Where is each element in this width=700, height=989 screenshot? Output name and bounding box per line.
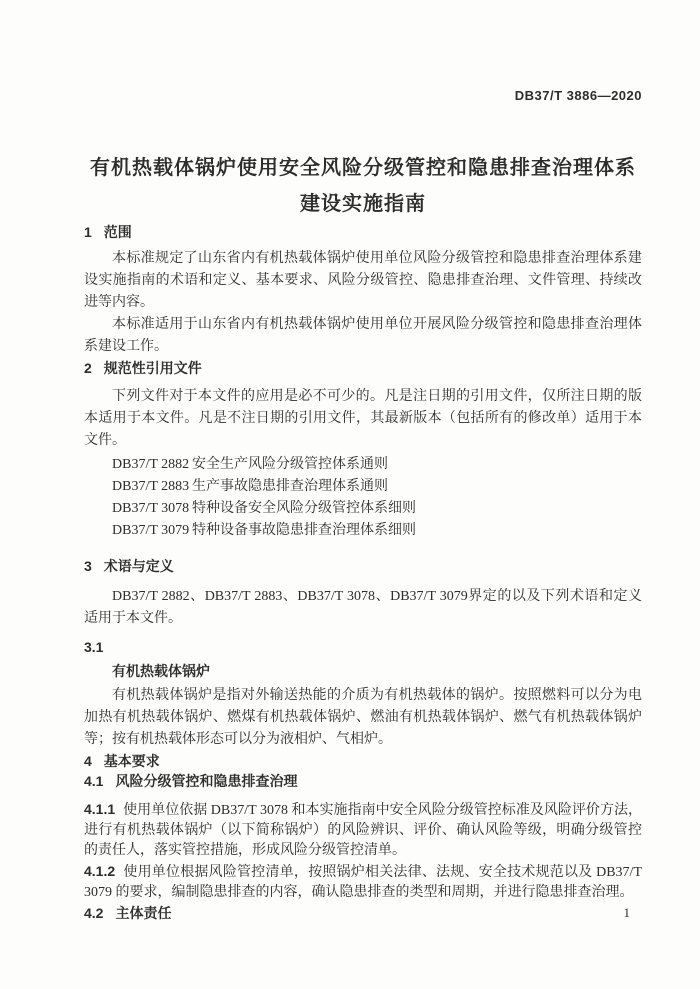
section-3-heading: 3术语与定义: [84, 556, 642, 576]
section-2-heading: 2规范性引用文件: [84, 358, 642, 378]
reference-title: 特种设备事故隐患排查治理体系细则: [192, 523, 416, 538]
clause-4-1-2: 4.1.2使用单位根据风险管控清单，按照锅炉相关法律、法规、安全技术规范以及 D…: [84, 861, 642, 903]
normative-refs-list: DB37/T 2882安全生产风险分级管控体系通则 DB37/T 2883生产事…: [84, 454, 642, 542]
section-4-title: 基本要求: [104, 753, 160, 769]
section-4-2-heading: 4.2主体责任: [84, 903, 642, 923]
section-1-title: 范围: [104, 224, 132, 240]
clause-4-1-1-text: 使用单位依据 DB37/T 3078 和本实施指南中安全风险分级管控标准及风险评…: [84, 803, 642, 858]
clause-4-1-2-text: 使用单位根据风险管控清单，按照锅炉相关法律、法规、安全技术规范以及 DB37/T…: [84, 865, 642, 900]
normative-refs-intro: 下列文件对于本文件的应用是必不可少的。凡是注日期的引用文件，仅所注日期的版本适用…: [84, 386, 642, 452]
reference-title: 生产事故隐患排查治理体系通则: [192, 479, 388, 494]
reference-code: DB37/T 2882: [112, 454, 192, 476]
terms-intro: DB37/T 2882、DB37/T 2883、DB37/T 3078、DB37…: [84, 586, 642, 630]
clause-4-1-2-number: 4.1.2: [84, 863, 115, 879]
reference-item: DB37/T 3078特种设备安全风险分级管控体系细则: [84, 498, 642, 520]
document-title: 有机热载体锅炉使用安全风险分级管控和隐患排查治理体系建设实施指南: [84, 150, 642, 222]
section-4-1-number: 4.1: [84, 773, 103, 789]
reference-item: DB37/T 2882安全生产风险分级管控体系通则: [84, 454, 642, 476]
clause-4-1-1-number: 4.1.1: [84, 801, 115, 817]
reference-code: DB37/T 2883: [112, 476, 192, 498]
section-4-2-title: 主体责任: [115, 905, 171, 921]
reference-code: DB37/T 3078: [112, 498, 192, 520]
term-organic-heat-carrier-boiler: 有机热载体锅炉: [84, 664, 642, 682]
page-number: 1: [624, 906, 631, 920]
reference-item: DB37/T 2883生产事故隐患排查治理体系通则: [84, 476, 642, 498]
reference-title: 安全生产风险分级管控体系通则: [192, 457, 388, 472]
section-2-number: 2: [84, 360, 92, 376]
clause-3-1-number: 3.1: [84, 638, 642, 656]
scope-paragraph-1: 本标准规定了山东省内有机热载体锅炉使用单位风险分级管控和隐患排查治理体系建设实施…: [84, 248, 642, 314]
reference-item: DB37/T 3079特种设备事故隐患排查治理体系细则: [84, 520, 642, 542]
scope-paragraph-2: 本标准适用于山东省内有机热载体锅炉使用单位开展风险分级管控和隐患排查治理体系建设…: [84, 314, 642, 358]
section-2-title: 规范性引用文件: [104, 360, 202, 376]
clause-4-1-1: 4.1.1使用单位依据 DB37/T 3078 和本实施指南中安全风险分级管控标…: [84, 799, 642, 861]
reference-code: DB37/T 3079: [112, 520, 192, 542]
reference-title: 特种设备安全风险分级管控体系细则: [192, 501, 416, 516]
section-1-number: 1: [84, 224, 92, 240]
section-4-number: 4: [84, 753, 92, 769]
section-4-heading: 4基本要求: [84, 751, 642, 771]
section-4-1-heading: 4.1风险分级管控和隐患排查治理: [84, 771, 642, 791]
section-3-title: 术语与定义: [104, 558, 174, 574]
section-1-heading: 1范围: [84, 222, 642, 242]
section-3-number: 3: [84, 558, 92, 574]
term-definition: 有机热载体锅炉是指对外输送热能的介质为有机热载体的锅炉。按照燃料可以分为电加热有…: [84, 685, 642, 751]
standard-document-page: DB37/T 3886—2020 有机热载体锅炉使用安全风险分级管控和隐患排查治…: [0, 0, 700, 989]
section-4-1-title: 风险分级管控和隐患排查治理: [115, 773, 297, 789]
section-4-2-number: 4.2: [84, 905, 103, 921]
document-code: DB37/T 3886—2020: [84, 88, 642, 104]
